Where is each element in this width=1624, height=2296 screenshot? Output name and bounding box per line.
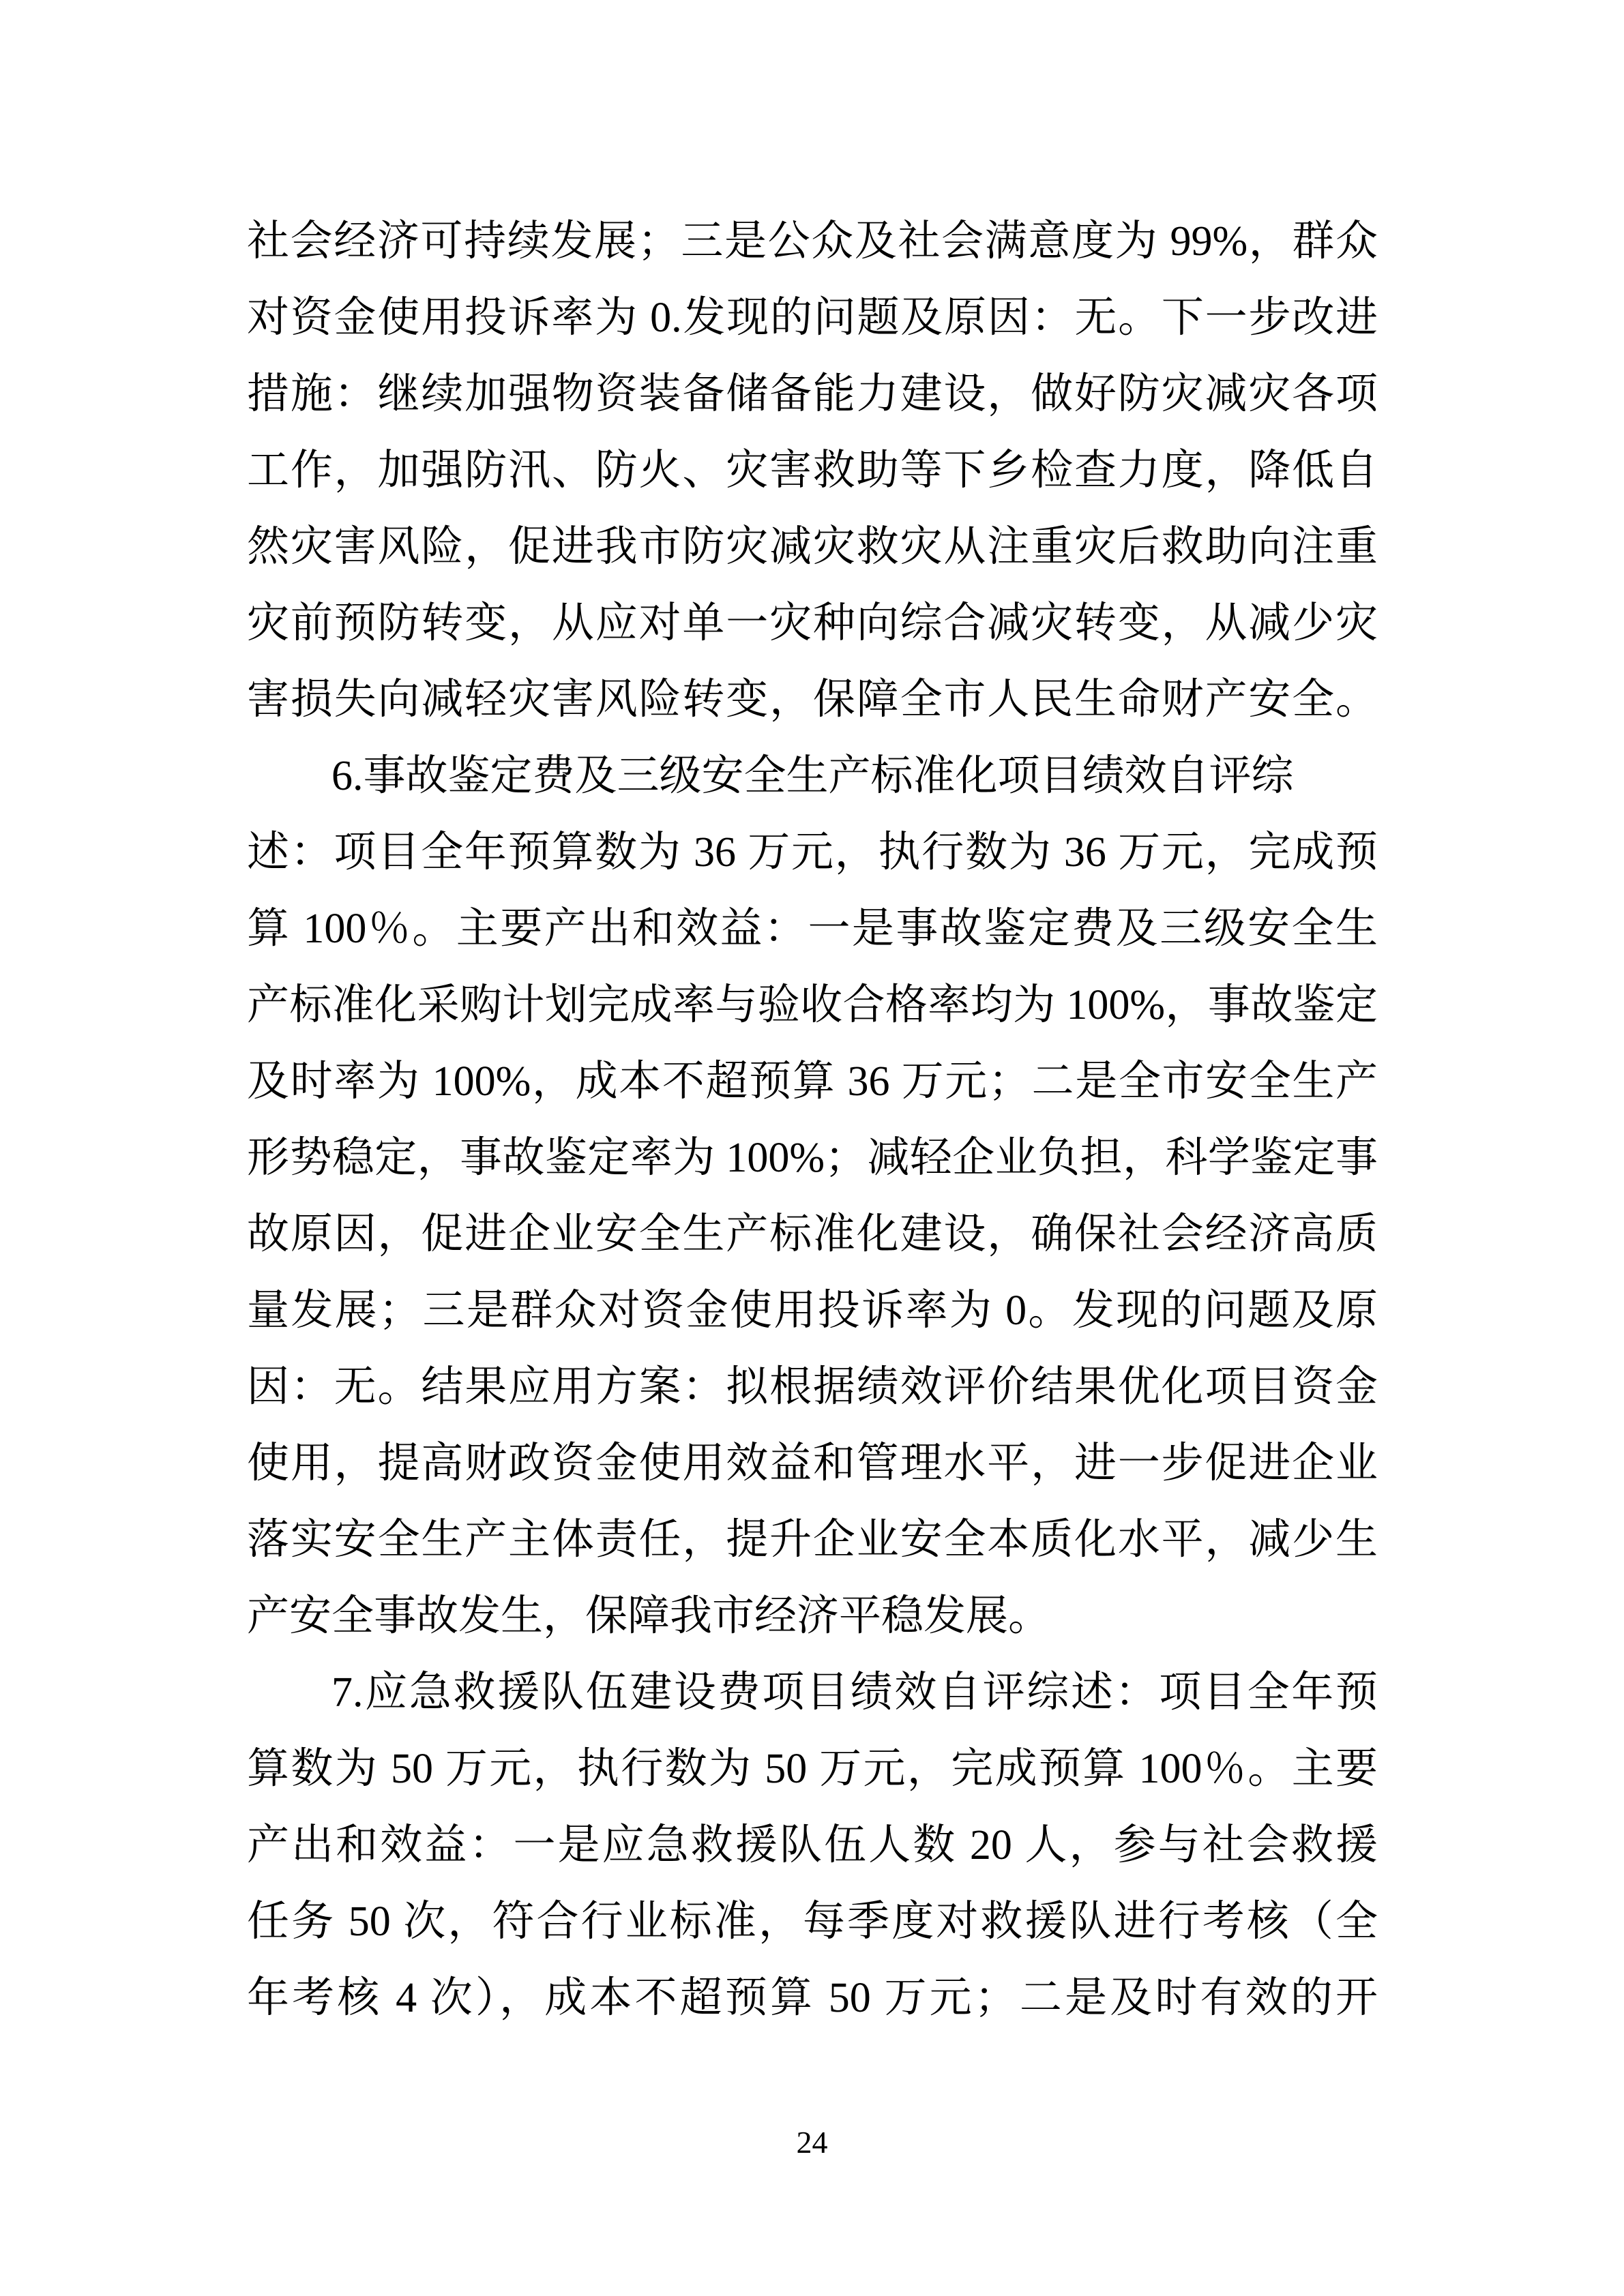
text-line: 产安全事故发生，保障我市经济平稳发展。 (247, 1578, 1378, 1654)
text-line: 产标准化采购计划完成率与验收合格率均为 100%，事故鉴定 (247, 967, 1378, 1043)
text-line: 述：项目全年预算数为 36 万元，执行数为 36 万元，完成预 (247, 814, 1378, 891)
text-line: 使用，提高财政资金使用效益和管理水平，进一步促进企业 (247, 1425, 1378, 1502)
text-line: 害损失向减轻灾害风险转变，保障全市人民生命财产安全。 (247, 661, 1378, 738)
text-line: 形势稳定，事故鉴定率为 100%；减轻企业负担，科学鉴定事 (247, 1120, 1378, 1196)
text-line: 落实安全生产主体责任，提升企业安全本质化水平，减少生 (247, 1502, 1378, 1578)
text-line: 7.应急救援队伍建设费项目绩效自评综述：项目全年预 (247, 1654, 1378, 1731)
text-line: 量发展；三是群众对资金使用投诉率为 0。发现的问题及原 (247, 1272, 1378, 1349)
text-line: 社会经济可持续发展；三是公众及社会满意度为 99%，群众 (247, 203, 1378, 280)
text-line: 产出和效益：一是应急救援队伍人数 20 人，参与社会救援 (247, 1807, 1378, 1883)
page-footer: 24 (0, 2122, 1624, 2163)
page-number: 24 (797, 2125, 828, 2160)
text-line: 任务 50 次，符合行业标准，每季度对救援队进行考核（全 (247, 1883, 1378, 1960)
text-line: 算数为 50 万元，执行数为 50 万元，完成预算 100％。主要 (247, 1731, 1378, 1807)
text-line: 年考核 4 次），成本不超预算 50 万元；二是及时有效的开 (247, 1960, 1378, 2036)
text-line: 故原因，促进企业安全生产标准化建设，确保社会经济高质 (247, 1196, 1378, 1272)
text-line: 然灾害风险，促进我市防灾减灾救灾从注重灾后救助向注重 (247, 509, 1378, 585)
text-line: 对资金使用投诉率为 0.发现的问题及原因：无。下一步改进 (247, 280, 1378, 356)
text-line: 工作，加强防汛、防火、灾害救助等下乡检查力度，降低自 (247, 432, 1378, 509)
text-line: 算 100％。主要产出和效益：一是事故鉴定费及三级安全生 (247, 891, 1378, 967)
document-page: 社会经济可持续发展；三是公众及社会满意度为 99%，群众对资金使用投诉率为 0.… (0, 0, 1624, 2296)
text-line: 因：无。结果应用方案：拟根据绩效评价结果优化项目资金 (247, 1349, 1378, 1425)
text-line: 及时率为 100%，成本不超预算 36 万元；二是全市安全生产 (247, 1043, 1378, 1120)
text-line: 灾前预防转变，从应对单一灾种向综合减灾转变，从减少灾 (247, 585, 1378, 661)
body-text: 社会经济可持续发展；三是公众及社会满意度为 99%，群众对资金使用投诉率为 0.… (247, 203, 1378, 2036)
text-line: 6.事故鉴定费及三级安全生产标准化项目绩效自评综 (247, 738, 1378, 814)
text-line: 措施：继续加强物资装备储备能力建设，做好防灾减灾各项 (247, 356, 1378, 432)
